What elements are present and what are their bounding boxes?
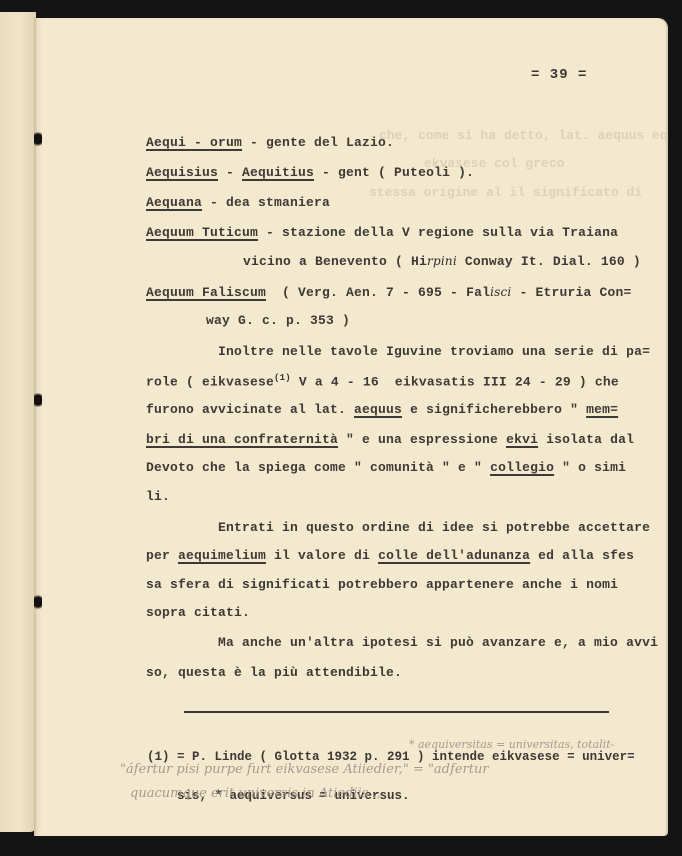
footnote-marker: (1) bbox=[274, 373, 291, 383]
document-page: che, come si ha detto, lat. aequus equiv… bbox=[34, 18, 666, 836]
text-line: Aequum Faliscum ( Verg. Aen. 7 - 695 - F… bbox=[146, 285, 631, 300]
text-run: il valore di bbox=[266, 548, 378, 563]
text-run: Conway It. Dial. 160 ) bbox=[457, 254, 641, 269]
underlined-term: colle dell'adunanza bbox=[378, 548, 530, 563]
text-line: sa sfera di significati potrebbero appar… bbox=[146, 577, 618, 592]
binding-hole bbox=[34, 393, 42, 407]
handwritten-insert: isci bbox=[490, 285, 511, 299]
text-run: so, questa è la più attendibile. bbox=[146, 665, 402, 680]
text-run: Inoltre nelle tavole Iguvine troviamo un… bbox=[218, 344, 650, 359]
text-line: vicino a Benevento ( Hirpini Conway It. … bbox=[243, 254, 641, 269]
text-line: sopra citati. bbox=[146, 605, 250, 620]
text-run: sa sfera di significati potrebbero appar… bbox=[146, 577, 618, 592]
text-line: li. bbox=[146, 489, 170, 504]
text-run: Entrati in questo ordine di idee si potr… bbox=[218, 520, 650, 535]
text-run: way G. c. p. 353 ) bbox=[206, 313, 350, 328]
text-run: - stazione della V regione sulla via Tra… bbox=[258, 225, 618, 240]
text-line: Aequum Tuticum - stazione della V region… bbox=[146, 225, 618, 240]
underlined-term: collegio bbox=[490, 460, 554, 475]
text-line: Inoltre nelle tavole Iguvine troviamo un… bbox=[218, 344, 650, 359]
text-run: - dea stmaniera bbox=[202, 195, 330, 210]
text-run: isolata dal bbox=[538, 432, 634, 447]
text-run: e significherebbero " bbox=[402, 402, 586, 417]
text-run: " o simi bbox=[554, 460, 626, 475]
pencil-annotation: * aequiversitas = universitas, totalit- bbox=[409, 738, 614, 751]
text-line: per aequimelium il valore di colle dell'… bbox=[146, 548, 634, 563]
text-line: Aequisius - Aequitius - gent ( Puteoli )… bbox=[146, 165, 474, 180]
binding-hole bbox=[34, 595, 42, 609]
text-line: bri di una confraternità " e una espress… bbox=[146, 432, 634, 447]
text-line: Entrati in questo ordine di idee si potr… bbox=[218, 520, 650, 535]
underlined-term: Aequum Faliscum bbox=[146, 285, 266, 300]
handwritten-insert: rpini bbox=[427, 254, 457, 268]
text-run: - gente del Lazio. bbox=[242, 135, 394, 150]
text-run: - bbox=[218, 165, 242, 180]
binding-hole bbox=[34, 132, 42, 146]
text-run: per bbox=[146, 548, 178, 563]
underlined-term: bri di una confraternità bbox=[146, 432, 338, 447]
text-run: furono avvicinate al lat. bbox=[146, 402, 354, 417]
pencil-annotation: "áfertur pisi purpe furt eikvasese Atii… bbox=[120, 762, 489, 777]
underlined-term: Aequana bbox=[146, 195, 202, 210]
text-run: V a 4 - 16 eikvasatis III 24 - 29 ) che bbox=[291, 374, 619, 389]
text-line: furono avvicinate al lat. aequus e signi… bbox=[146, 402, 618, 417]
text-run: ( Verg. Aen. 7 - 695 - Fal bbox=[266, 285, 490, 300]
text-run: sopra citati. bbox=[146, 605, 250, 620]
text-line: Ma anche un'altra ipotesi si può avanzar… bbox=[218, 635, 658, 650]
underlined-term: mem= bbox=[586, 402, 618, 417]
text-run: li. bbox=[146, 489, 170, 504]
underlined-term: Aequum Tuticum bbox=[146, 225, 258, 240]
text-run: Ma anche un'altra ipotesi si può avanzar… bbox=[218, 635, 658, 650]
underlined-term: aequimelium bbox=[178, 548, 266, 563]
underlined-term: Aequisius bbox=[146, 165, 218, 180]
show-through-text: che, come si ha detto, lat. aequus equiv… bbox=[379, 128, 666, 143]
text-line: so, questa è la più attendibile. bbox=[146, 665, 402, 680]
text-run: role ( eikvasese bbox=[146, 374, 274, 389]
text-run: ed alla sfes bbox=[530, 548, 634, 563]
text-line: way G. c. p. 353 ) bbox=[206, 313, 350, 328]
text-line: Aequi - orum - gente del Lazio. bbox=[146, 135, 394, 150]
previous-page-leaf bbox=[0, 12, 36, 832]
text-line: Devoto che la spiega come " comunità " e… bbox=[146, 460, 626, 475]
pencil-annotation: quacumque erit universis in Atiediis ,, bbox=[130, 786, 381, 801]
text-run: " e una espressione bbox=[338, 432, 506, 447]
text-run: Devoto che la spiega come " comunità " e… bbox=[146, 460, 490, 475]
page-number: = 39 = bbox=[531, 67, 587, 83]
text-run: vicino a Benevento ( Hi bbox=[243, 254, 427, 269]
footnote-separator bbox=[184, 711, 609, 713]
show-through-text: stessa origine al il significato di bbox=[369, 185, 642, 200]
underlined-term: aequus bbox=[354, 402, 402, 417]
underlined-term: Aequitius bbox=[242, 165, 314, 180]
text-run: - Etruria Con= bbox=[511, 285, 631, 300]
text-line: role ( eikvasese(1) V a 4 - 16 eikvasati… bbox=[146, 373, 619, 389]
underlined-term: ekvi bbox=[506, 432, 538, 447]
underlined-term: Aequi - orum bbox=[146, 135, 242, 150]
text-run: - gent ( Puteoli ). bbox=[314, 165, 474, 180]
text-line: Aequana - dea stmaniera bbox=[146, 195, 330, 210]
